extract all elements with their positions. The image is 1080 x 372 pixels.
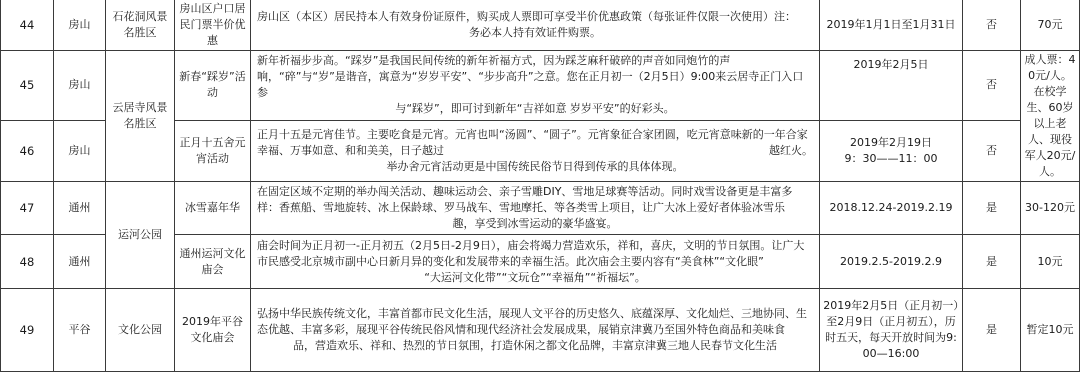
time-cell: 2019年1月1日至1月31日 (820, 0, 963, 51)
row-number: 45 (1, 51, 54, 121)
district-cell: 通州 (54, 182, 106, 235)
description-text: “大运河文化带”“文玩仓”“幸福角”“祈福坛”。 (257, 270, 813, 286)
description-text: 与“踩岁”，即可讨到新年“吉祥如意 岁岁平安”的好彩头。 (257, 101, 813, 117)
activity-cell: 房山区户口居民门票半价优惠 (175, 0, 251, 51)
price-cell: 30-120元 (1021, 182, 1080, 235)
table-row: 44 房山 石花洞风景名胜区 房山区户口居民门票半价优惠 房山区（本区）居民持本… (1, 0, 1080, 51)
description-text: 弘扬中华民族传统文化，丰富首都市民文化生活，展现人文平谷的历史悠久、底蕴深厚、文… (257, 307, 807, 336)
activity-cell: 2019年平谷文化庙会 (175, 289, 251, 346)
free-cell: 否 (963, 120, 1021, 181)
district-cell: 房山 (54, 0, 106, 51)
description-text: 越红火。 (769, 143, 813, 159)
description-text: 品，营造欢乐、祥和、热烈的节日氛围，打造休闲之都文化品牌，丰富京津冀三地人民春节… (257, 338, 813, 345)
description-cell: 新年祈福步步高。“踩岁”是我国民间传统的新年祈福方式，因为踩芝麻秆破碎的声音如同… (251, 51, 820, 121)
description-text: 庙会时间为正月初一-正月初五（2月5日-2月9日），庙会将竭力营造欢乐，祥和，喜… (257, 239, 804, 268)
table-row: 47 通州 运河公园 冰雪嘉年华 在固定区域不定期的举办闯关活动、趣味运动会、亲… (1, 182, 1080, 235)
description-text: 新年祈福步步高。“踩岁”是我国民间传统的新年祈福方式，因为踩芝麻秆破碎的声音如同… (257, 54, 803, 99)
activity-cell: 新春“踩岁”活动 (175, 51, 251, 121)
price-cell: 暂定10元 (1021, 289, 1080, 346)
free-cell: 是 (963, 182, 1021, 235)
activity-cell: 通州运河文化庙会 (175, 235, 251, 289)
row-number: 49 (1, 289, 54, 346)
description-cell: 在固定区域不定期的举办闯关活动、趣味运动会、亲子雪雕DIY、雪地足球赛等活动。同… (251, 182, 820, 235)
venue-cell: 文化公园 (106, 289, 175, 346)
free-cell: 是 (963, 235, 1021, 289)
activity-cell: 冰雪嘉年华 (175, 182, 251, 235)
time-cell: 2019年2月5日（正月初一）至2月9日（正月初五），历时五天，每天开放时间为9… (820, 289, 963, 346)
row-number: 48 (1, 235, 54, 289)
district-cell: 通州 (54, 235, 106, 289)
description-cell: 庙会时间为正月初一-正月初五（2月5日-2月9日），庙会将竭力营造欢乐，祥和，喜… (251, 235, 820, 289)
description-text: 正月十五是元宵佳节。主要吃食是元宵。元宵也叫“汤圆”、“圆子”。元宵象征合家团圆… (257, 128, 808, 157)
time-cell: 2018.12.24-2019.2.19 (820, 182, 963, 235)
time-hours: 9：30——11：00 (823, 151, 959, 167)
activity-cell: 正月十五舍元宵活动 (175, 120, 251, 181)
description-cell: 房山区（本区）居民持本人有效身份证原件，购买成人票即可享受半价优惠政策（每张证件… (251, 0, 820, 51)
price-cell: 10元 (1021, 235, 1080, 289)
time-cell: 2019.2.5-2019.2.9 (820, 235, 963, 289)
venue-cell: 运河公园 (106, 182, 175, 289)
free-cell: 否 (963, 51, 1021, 121)
free-cell: 否 (963, 0, 1021, 51)
price-cell: 成人票：40元/人。在校学生、60岁以上老人、现役军人20元/人。 (1021, 51, 1080, 182)
free-cell: 是 (963, 289, 1021, 346)
row-number: 47 (1, 182, 54, 235)
venue-cell: 石花洞风景名胜区 (106, 0, 175, 51)
description-cell: 正月十五是元宵佳节。主要吃食是元宵。元宵也叫“汤圆”、“圆子”。元宵象征合家团圆… (251, 120, 820, 181)
row-number: 44 (1, 0, 54, 51)
table-row: 49 平谷 文化公园 2019年平谷文化庙会 弘扬中华民族传统文化，丰富首都市民… (1, 289, 1080, 346)
venue-cell: 云居寺风景名胜区 (106, 51, 175, 182)
row-number: 46 (1, 120, 54, 181)
time-date: 2019年2月19日 (823, 135, 959, 151)
description-cell: 弘扬中华民族传统文化，丰富首都市民文化生活，展现人文平谷的历史悠久、底蕴深厚、文… (251, 289, 820, 346)
time-cell: 2019年2月5日 (820, 51, 963, 121)
district-cell: 房山 (54, 51, 106, 121)
description-text: 房山区（本区）居民持本人有效身份证原件，购买成人票即可享受半价优惠政策（每张证件… (257, 10, 796, 23)
time-cell: 2019年2月19日 9：30——11：00 (820, 120, 963, 181)
district-cell: 房山 (54, 120, 106, 181)
table-row: 45 房山 云居寺风景名胜区 新春“踩岁”活动 新年祈福步步高。“踩岁”是我国民… (1, 51, 1080, 121)
price-cell: 70元 (1021, 0, 1080, 51)
description-text: 务必本人持有效证件购票。 (257, 25, 813, 41)
description-text: 趣，享受到冰雪运动的豪华盛宴。 (257, 216, 813, 232)
description-text: 在固定区域不定期的举办闯关活动、趣味运动会、亲子雪雕DIY、雪地足球赛等活动。同… (257, 185, 792, 214)
description-text: 举办舍元宵活动更是中国传统民俗节日得到传承的具体体现。 (257, 159, 813, 175)
district-cell: 平谷 (54, 289, 106, 346)
events-table: 44 房山 石花洞风景名胜区 房山区户口居民门票半价优惠 房山区（本区）居民持本… (0, 0, 1080, 345)
